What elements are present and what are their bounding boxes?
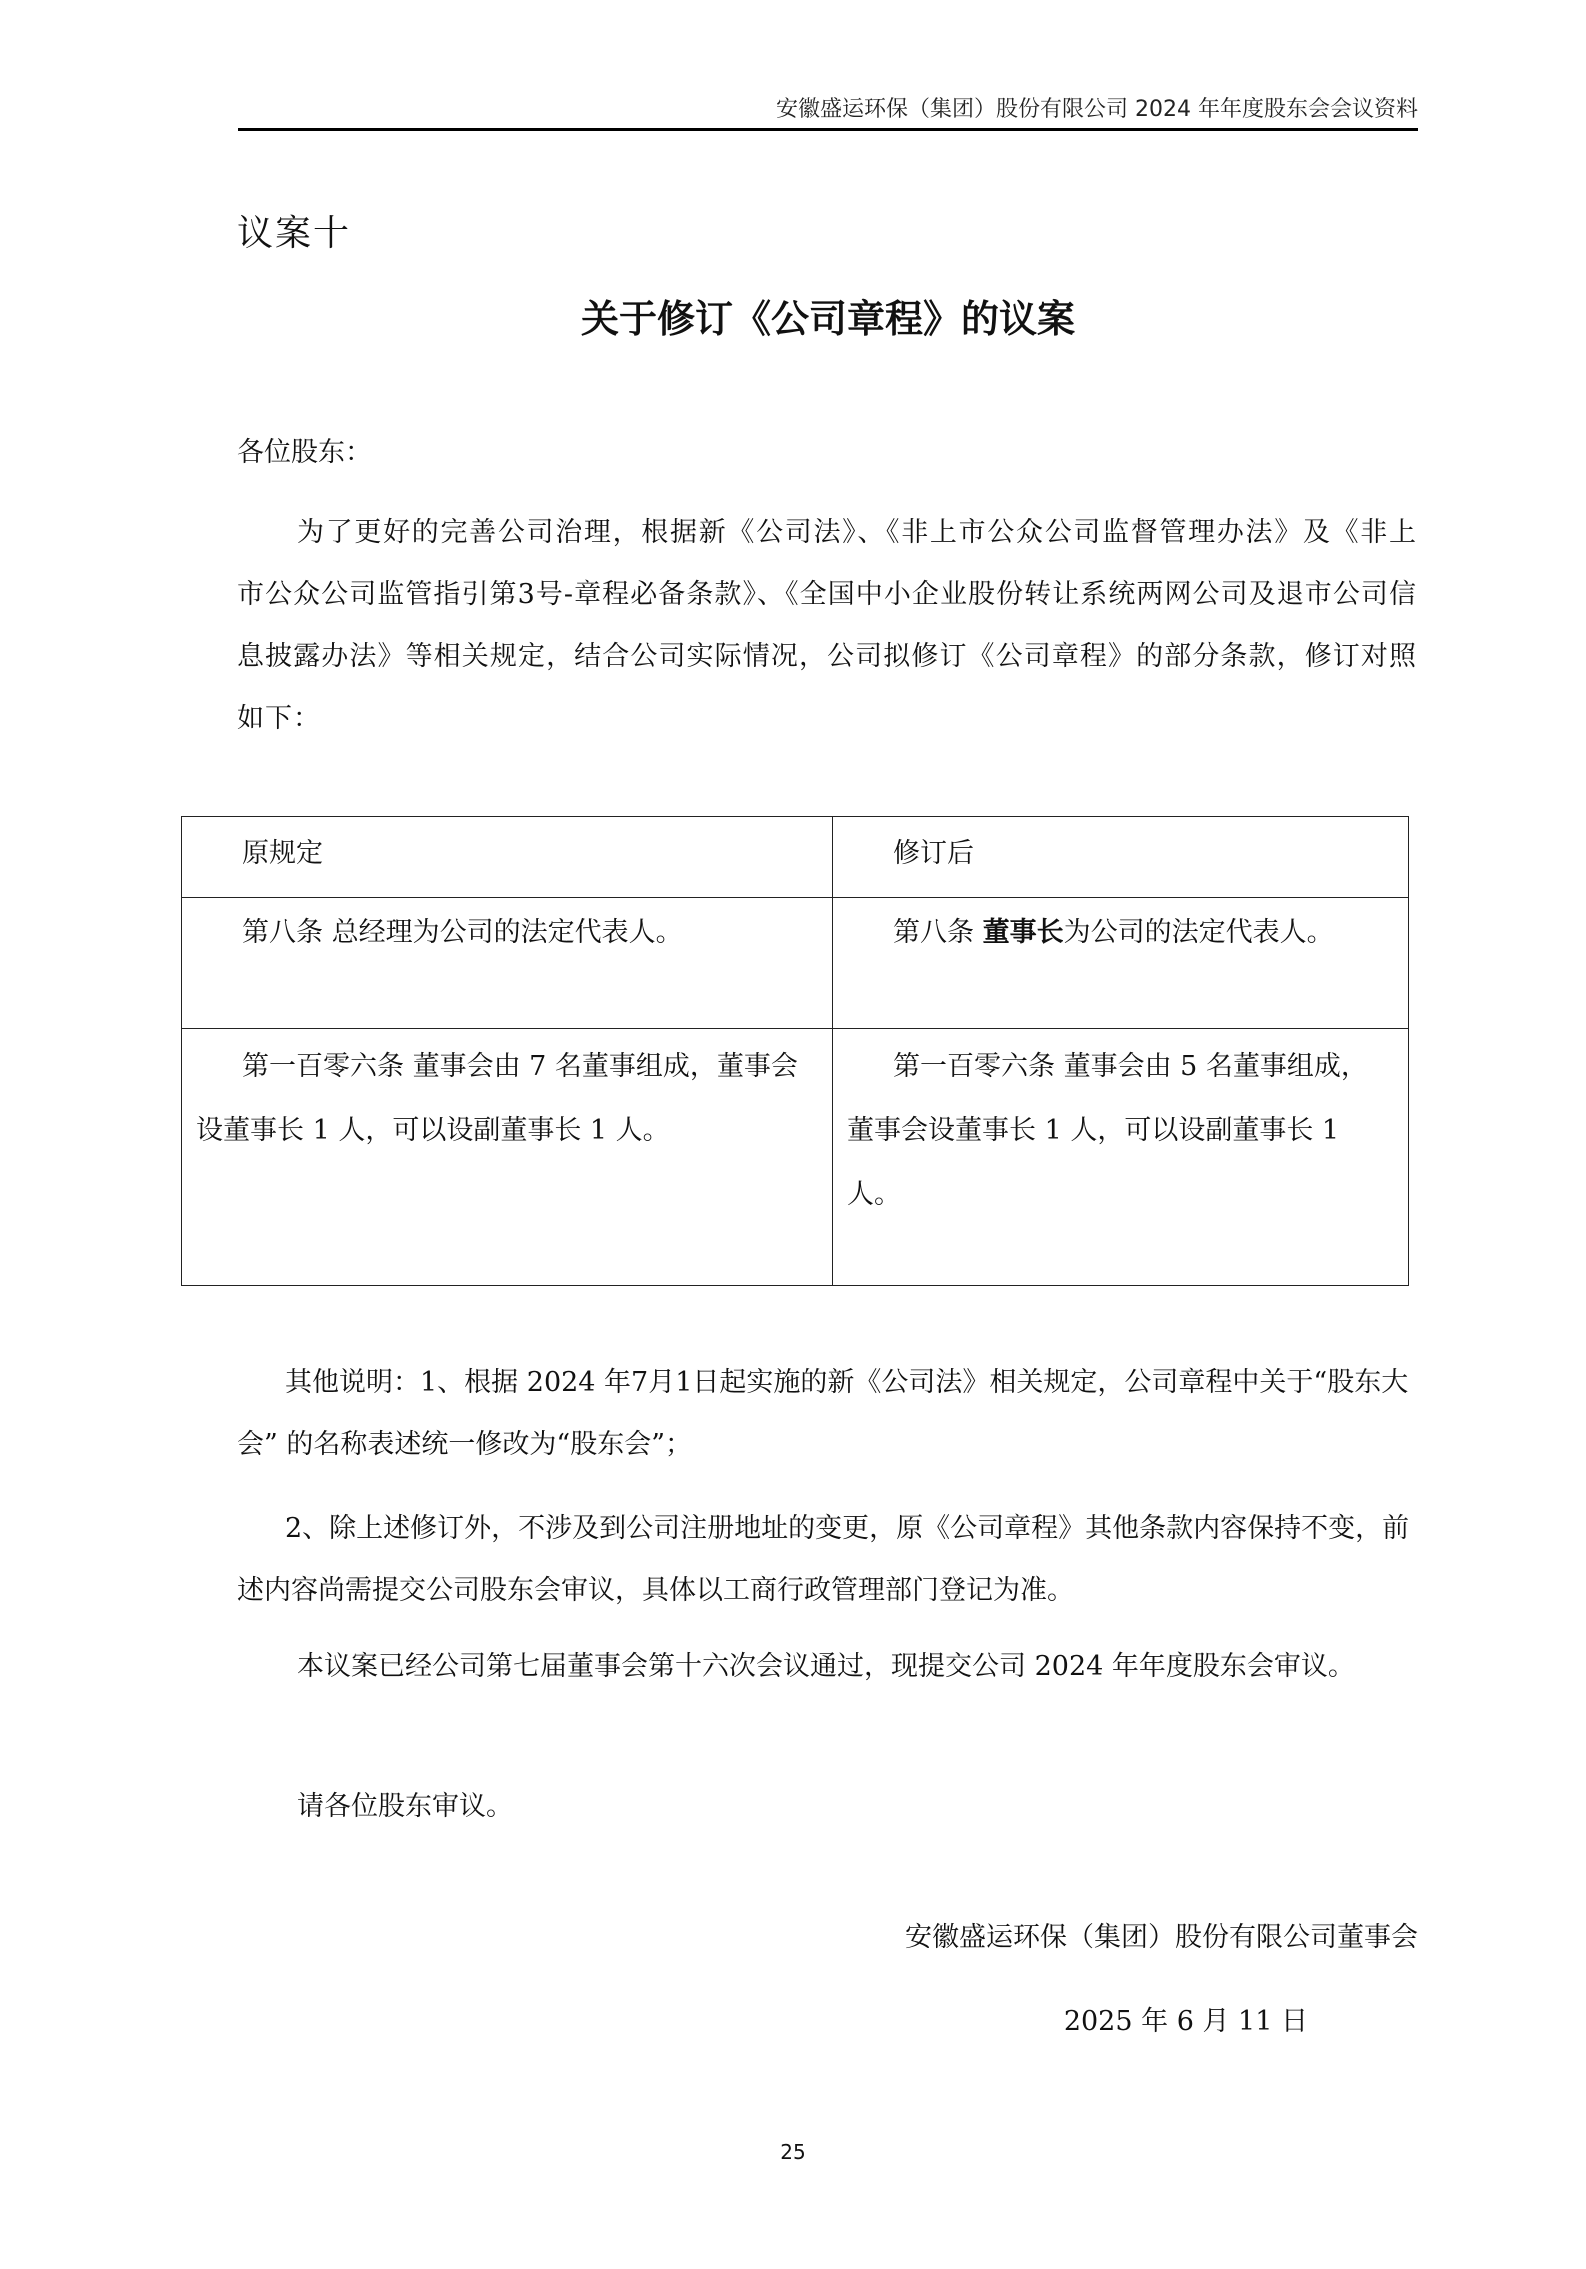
motion-number: 议案十 [237, 205, 351, 256]
intro-paragraph: 为了更好的完善公司治理，根据新《公司法》、《非上市公众公司监督管理办法》及《非上… [237, 502, 1417, 750]
issuer-signature: 安徽盛运环保（集团）股份有限公司董事会 [700, 1915, 1418, 1954]
page-number: 25 [0, 2140, 1586, 2164]
cell-revised: 第一百零六条 董事会由 5 名董事组成，董事会设董事长 1 人，可以设副董事长 … [833, 1029, 1409, 1286]
approval-statement: 本议案已经公司第七届董事会第十六次会议通过，现提交公司 2024 年年度股东会审… [237, 1636, 1417, 1698]
table-row: 第八条 总经理为公司的法定代表人。 第八条 董事长为公司的法定代表人。 [182, 898, 1409, 1029]
review-request: 请各位股东审议。 [237, 1776, 1417, 1838]
revised-highlight: 董事长 [983, 917, 1064, 948]
header-revised: 修订后 [833, 817, 1409, 898]
note-1: 其他说明：1、根据 2024 年7月1日起实施的新《公司法》相关规定，公司章程中… [237, 1352, 1417, 1476]
revised-suffix: 为公司的法定代表人。 [1064, 917, 1334, 948]
header-original: 原规定 [182, 817, 833, 898]
revision-comparison-table: 原规定 修订后 第八条 总经理为公司的法定代表人。 第八条 董事长为公司的法定代… [181, 816, 1409, 1286]
motion-title: 关于修订《公司章程》的议案 [0, 288, 1586, 343]
cell-revised: 第八条 董事长为公司的法定代表人。 [833, 898, 1409, 1029]
table-header-row: 原规定 修订后 [182, 817, 1409, 898]
table-row: 第一百零六条 董事会由 7 名董事组成，董事会设董事长 1 人，可以设副董事长 … [182, 1029, 1409, 1286]
cell-original: 第一百零六条 董事会由 7 名董事组成，董事会设董事长 1 人，可以设副董事长 … [182, 1029, 833, 1286]
cell-original: 第八条 总经理为公司的法定代表人。 [182, 898, 833, 1029]
running-header: 安徽盛运环保（集团）股份有限公司 2024 年年度股东会会议资料 [700, 92, 1418, 123]
salutation: 各位股东： [237, 422, 1417, 484]
note-2: 2、除上述修订外，不涉及到公司注册地址的变更，原《公司章程》其他条款内容保持不变… [237, 1498, 1417, 1622]
header-rule [238, 128, 1418, 131]
revised-prefix: 第八条 [893, 917, 983, 948]
signature-date: 2025 年 6 月 11 日 [700, 1999, 1308, 2038]
